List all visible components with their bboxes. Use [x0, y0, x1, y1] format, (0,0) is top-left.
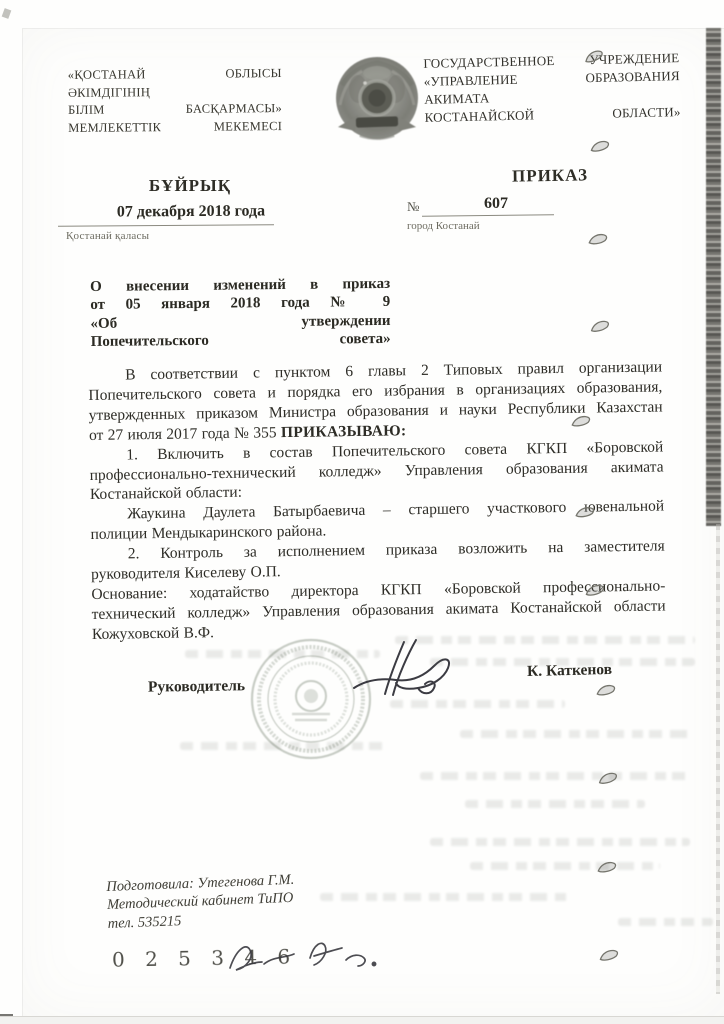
order-title-russian: ПРИКАЗ	[470, 165, 630, 188]
prepared-by-block: Подготовила: Утегенова Г.М. Методический…	[106, 871, 296, 933]
prikazyvayu-word: ПРИКАЗЫВАЮ:	[281, 422, 407, 441]
text-line: БІЛІМ БАСҚАРМАСЫ»	[68, 100, 282, 119]
bleed-through-line	[430, 838, 690, 846]
bleed-through-line	[185, 650, 380, 658]
scan-edge-artifact	[706, 28, 721, 526]
pen-checkmark	[570, 414, 593, 429]
scanned-order-document: «ҚОСТАНАЙ ОБЛЫСЫӘКІМДІГІНІҢБІЛІМ БАСҚАРМ…	[0, 0, 724, 1024]
scan-speck	[2, 8, 12, 19]
order-title-kazakh: БҰЙРЫҚ	[100, 176, 280, 196]
bleed-through-line	[390, 700, 565, 708]
number-label: №	[407, 199, 419, 215]
org-name-russian: ГОСУДАРСТВЕННОЕ УЧРЕЖДЕНИЕ«УПРАВЛЕНИЕ ОБ…	[423, 49, 681, 127]
scan-bed-band	[0, 1016, 724, 1024]
pen-checkmark	[587, 232, 610, 247]
pen-checkmark	[575, 505, 598, 520]
order-number: 607	[484, 195, 508, 213]
handwritten-note	[222, 934, 382, 984]
order-body: В соответствии с пунктом 6 главы 2 Типов…	[88, 357, 666, 644]
text-line: МЕМЛЕКЕТТІК МЕКЕМЕСІ	[68, 118, 282, 137]
bleed-through-line	[430, 658, 695, 666]
bleed-through-line	[395, 636, 695, 644]
text-line: ӘКІМДІГІНІҢ	[68, 83, 282, 102]
pen-checkmark	[595, 683, 618, 698]
text-line: «ҚОСТАНАЙ ОБЛЫСЫ	[68, 65, 282, 84]
paragraph-basis: Основание: ходатайство директора КГКП «Б…	[91, 576, 666, 644]
paragraph-item1: 1. Включить в состав Попечительского сов…	[89, 437, 664, 505]
bleed-through-line	[470, 862, 660, 870]
bleed-through-line	[420, 772, 690, 780]
org-name-kazakh: «ҚОСТАНАЙ ОБЛЫСЫӘКІМДІГІНІҢБІЛІМ БАСҚАРМ…	[68, 65, 283, 137]
intro-tail-text: от 27 июля 2017 года № 355	[89, 424, 281, 444]
order-subject: О внесении изменений в приказот 05 январ…	[90, 275, 391, 352]
bleed-through-line	[180, 742, 390, 750]
bleed-through-line	[465, 800, 645, 808]
pen-checkmark	[596, 860, 619, 875]
order-date: 07 декабря 2018 года	[76, 202, 306, 222]
text-line: Попечительского совета»	[91, 330, 391, 352]
bleed-through-line	[460, 730, 690, 738]
city-russian: город Костанай	[407, 220, 480, 232]
city-kazakh: Қостанай қаласы	[66, 230, 149, 242]
signatory-role: Руководитель	[148, 677, 245, 696]
bleed-through-line	[320, 893, 570, 901]
scan-edge-artifact-tail	[716, 524, 720, 994]
bleed-through-line	[618, 918, 713, 926]
kazakhstan-emblem-icon	[330, 55, 424, 145]
